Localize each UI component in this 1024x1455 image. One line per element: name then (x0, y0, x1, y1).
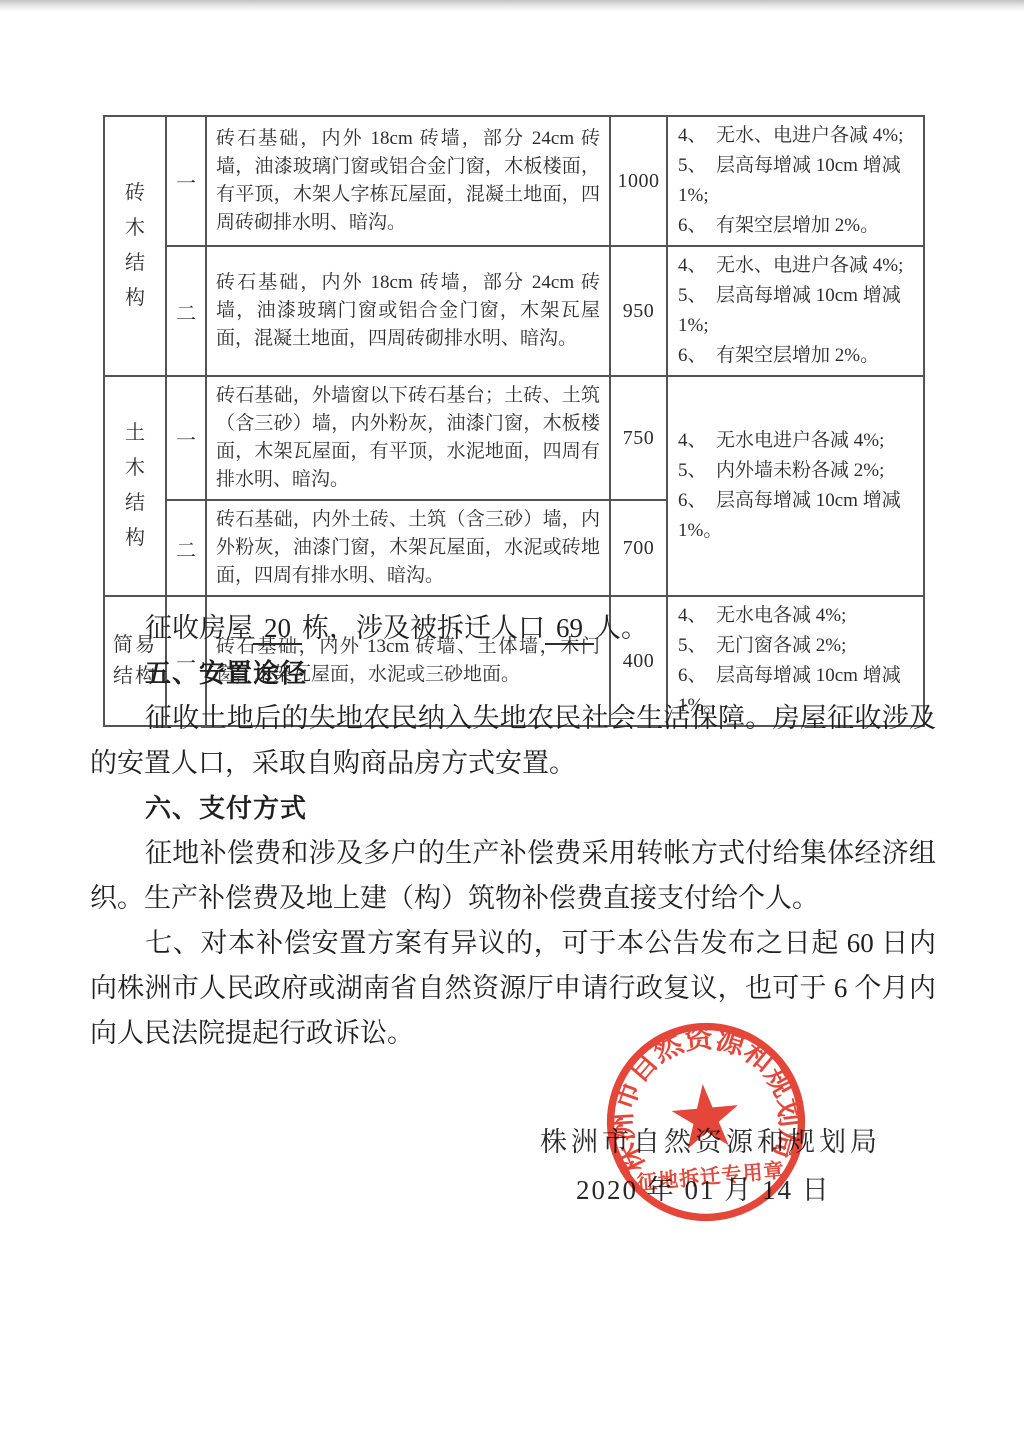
adjustment-line: 4、 无水、电进户各减 4%; (678, 251, 919, 281)
structure-type-label: 砖木结构 (124, 176, 146, 316)
housing-line-prefix: 征收房屋 (145, 613, 253, 643)
description-cell: 砖石基础，内外 18cm 砖墙，部分 24cm 砖墙，油漆玻璃门窗或铝合金门窗，… (206, 116, 610, 246)
seal-star-icon (670, 1081, 742, 1150)
price-cell: 950 (610, 246, 667, 376)
section-5-paragraph: 征收土地后的失地农民纳入失地农民社会生活保障。房屋征收涉及的安置人口，采取自购商… (90, 696, 936, 786)
structure-type-cell: 砖木结构 (104, 116, 166, 376)
adjustments-cell: 4、 无水电进户各减 4%; 5、 内外墙未粉各减 2%; 6、 层高每增减 1… (667, 376, 924, 596)
structure-type-label: 土木结构 (124, 416, 146, 556)
housing-count-value: 20 (253, 613, 302, 645)
adjustment-line: 4、 无水电进户各减 4%; (678, 426, 919, 456)
adjustments-cell: 4、 无水、电进户各减 4%; 5、 层高每增减 10cm 增减 1%; 6、 … (667, 246, 924, 376)
table-row: 二 砖石基础，内外 18cm 砖墙，部分 24cm 砖墙，油漆玻璃门窗或铝合金门… (104, 246, 924, 376)
official-seal: 株洲市自然资源和规划局 征地拆迁专用章 (591, 1007, 821, 1237)
description-cell: 砖石基础，内外 18cm 砖墙，部分 24cm 砖墙，油漆玻璃门窗或铝合金门窗，… (206, 246, 610, 376)
adjustment-line: 5、 层高每增减 10cm 增减 1%; (678, 281, 919, 341)
adjustment-line: 6、 层高每增减 10cm 增减 1%。 (678, 486, 919, 546)
grade-cell: 二 (166, 246, 206, 376)
adjustment-line: 5、 内外墙未粉各减 2%; (678, 456, 919, 486)
document-body: 征收房屋20栋，涉及被拆迁人口69人。 五、安置途径 征收土地后的失地农民纳入失… (90, 606, 936, 1056)
grade-cell: 一 (166, 376, 206, 500)
adjustment-line: 4、 无水、电进户各减 4%; (678, 121, 919, 151)
scan-artifact-top-edge (0, 0, 1024, 12)
description-cell: 砖石基础，外墙窗以下砖石基台；土砖、土筑（含三砂）墙，内外粉灰，油漆门窗，木板楼… (206, 376, 610, 500)
description-cell: 砖石基础，内外土砖、土筑（含三砂）墙，内外粉灰，油漆门窗，木架瓦屋面，水泥或砖地… (206, 500, 610, 596)
adjustment-line: 5、 层高每增减 10cm 增减 1%; (678, 151, 919, 211)
housing-line-suffix: 人。 (594, 613, 648, 643)
price-cell: 700 (610, 500, 667, 596)
section-6-heading: 六、支付方式 (90, 786, 936, 831)
price-cell: 1000 (610, 116, 667, 246)
population-count-value: 69 (545, 613, 594, 645)
section-7-paragraph: 七、对本补偿安置方案有异议的，可于本公告发布之日起 60 日内向株洲市人民政府或… (90, 921, 936, 1056)
seal-banner-text: 征地拆迁专用章 (636, 1158, 786, 1195)
paragraph-housing-count: 征收房屋20栋，涉及被拆迁人口69人。 (90, 606, 936, 651)
price-cell: 750 (610, 376, 667, 500)
grade-cell: 二 (166, 500, 206, 596)
adjustment-line: 6、 有架空层增加 2%。 (678, 211, 919, 241)
table-row: 砖木结构 一 砖石基础，内外 18cm 砖墙，部分 24cm 砖墙，油漆玻璃门窗… (104, 116, 924, 246)
document-page: 砖木结构 一 砖石基础，内外 18cm 砖墙，部分 24cm 砖墙，油漆玻璃门窗… (0, 0, 1024, 1455)
adjustments-cell: 4、 无水、电进户各减 4%; 5、 层高每增减 10cm 增减 1%; 6、 … (667, 116, 924, 246)
grade-cell: 一 (166, 116, 206, 246)
table-row: 土木结构 一 砖石基础，外墙窗以下砖石基台；土砖、土筑（含三砂）墙，内外粉灰，油… (104, 376, 924, 500)
section-5-heading: 五、安置途径 (90, 651, 936, 696)
adjustment-line: 6、 有架空层增加 2%。 (678, 341, 919, 371)
section-6-paragraph: 征地补偿费和涉及多户的生产补偿费采用转帐方式付给集体经济组织。生产补偿费及地上建… (90, 831, 936, 921)
housing-line-middle: 栋，涉及被拆迁人口 (302, 613, 545, 643)
structure-type-cell: 土木结构 (104, 376, 166, 596)
